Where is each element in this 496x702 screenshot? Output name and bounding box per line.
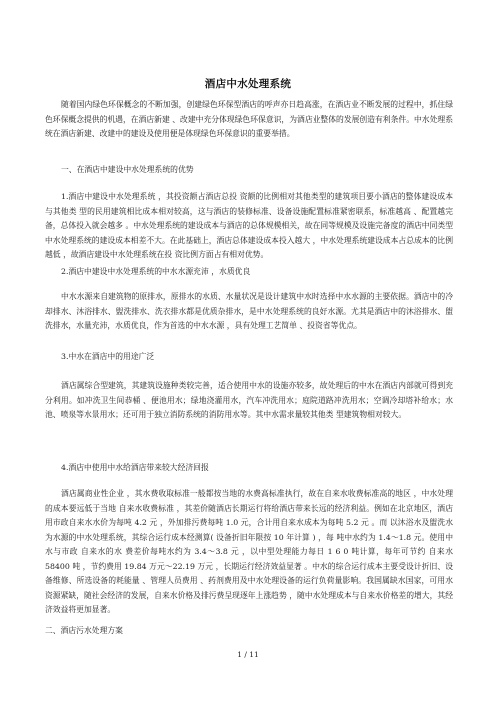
document-page: 酒店中水处理系统 随着国内绿色环保概念的不断加强，创建绿色环保型酒店的呼声亦日趋…	[0, 0, 496, 702]
item-1-paragraph: 1.酒店中建设中水处理系统 ，其投资额占酒店总投 资额的比例相对其他类型的建筑项…	[45, 190, 453, 263]
item-3-paragraph: 酒店属综合型建筑，其建筑设施种类较完善，适合使用中水的设施亦较多，故处理后的中水…	[45, 379, 453, 423]
section-1-heading: 一、在酒店中建设中水处理系统的优势	[61, 164, 194, 175]
item-3-heading: 3.中水在酒店中的用途广泛	[61, 351, 154, 362]
item-4-paragraph: 酒店属商业性企业 ，其水费收取标准一般都按当地的水费高标准执行，故在自来水收费标…	[45, 487, 453, 618]
section-2-heading: 二、酒店污水处理方案	[45, 625, 123, 636]
item-2-heading: 2.酒店中建设中水处理系统的中水水源充沛 ，水质优良	[61, 266, 250, 277]
page-number: 1 / 11	[0, 650, 496, 659]
item-4-heading: 4.酒店中使用中水给酒店带来较大经济回报	[61, 462, 209, 473]
item-2-paragraph: 中水水源来自建筑物的原排水，原排水的水质、水量状况是设计建筑中水时选择中水水源的…	[45, 290, 453, 334]
document-title: 酒店中水处理系统	[0, 76, 496, 91]
intro-paragraph: 随着国内绿色环保概念的不断加强，创建绿色环保型酒店的呼声亦日趋高涨，在酒店业不断…	[45, 98, 453, 142]
